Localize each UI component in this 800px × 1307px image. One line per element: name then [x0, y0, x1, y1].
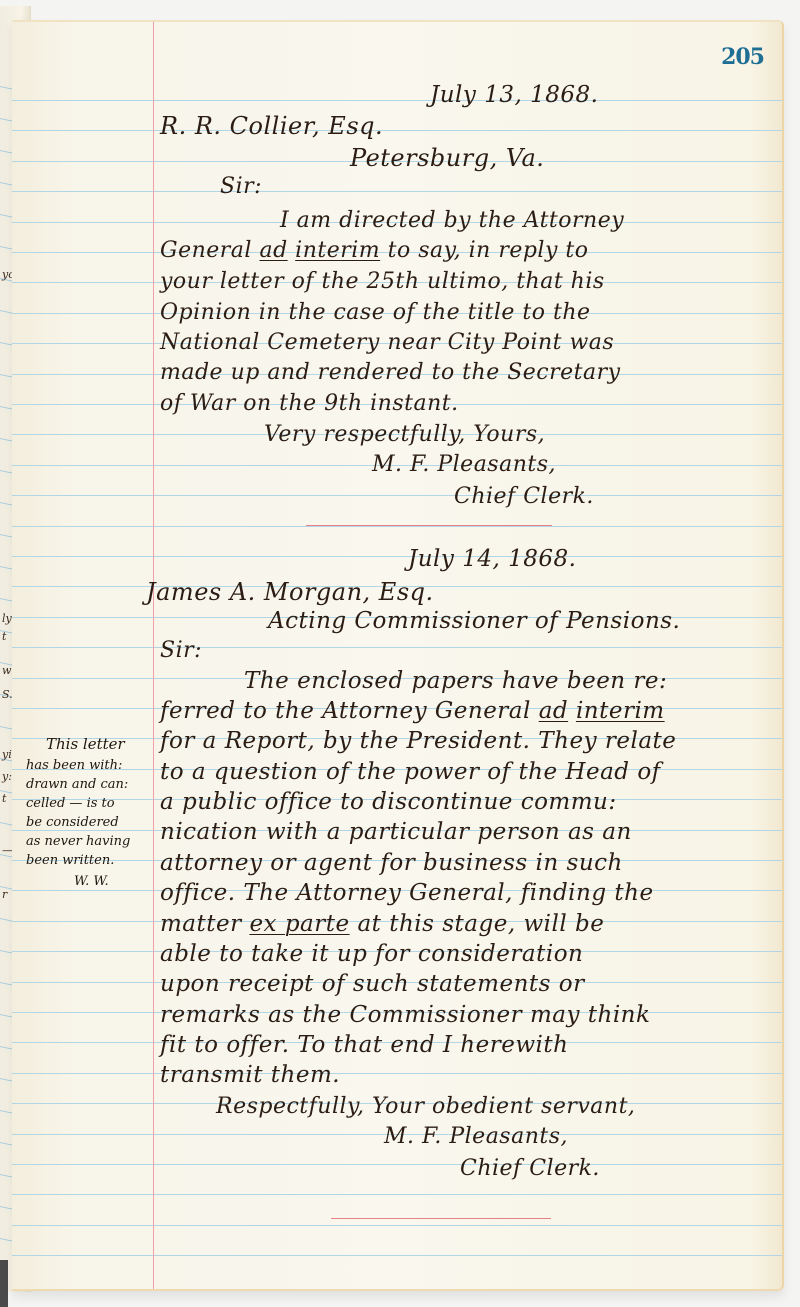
- letter-2-date: July 14, 1868.: [408, 546, 576, 572]
- margin-note-line: has been with:: [26, 758, 122, 773]
- ruled-line: [12, 191, 782, 192]
- ruled-line: [12, 130, 782, 131]
- latin-interim: interim: [295, 238, 380, 263]
- letter-2-body-line: transmit them.: [160, 1062, 340, 1088]
- ruled-line: [12, 526, 782, 527]
- red-margin-line: [153, 22, 154, 1289]
- letter-divider: [306, 525, 552, 526]
- ruled-line: [12, 1225, 782, 1226]
- ruled-line: [12, 495, 782, 496]
- page-number: 205: [721, 44, 764, 70]
- letter-2-signer-title: Chief Clerk.: [460, 1156, 600, 1181]
- letter-divider: [331, 1218, 551, 1219]
- prev-page-fragment: t: [2, 630, 6, 643]
- letter-2-body-line: matter ex parte at this stage, will be: [160, 911, 604, 937]
- latin-ex-parte: ex parte: [249, 911, 349, 937]
- letter-2-body-line: a public office to discontinue commu:: [160, 789, 617, 815]
- prev-page-fragment: ly: [2, 612, 12, 625]
- ruled-line: [12, 100, 782, 101]
- letter-2-body-line: The enclosed papers have been re:: [244, 668, 667, 694]
- margin-note-initials: W. W.: [74, 874, 109, 889]
- ruled-line: [12, 1194, 782, 1195]
- letter-2-body-line: office. The Attorney General, finding th…: [160, 880, 654, 906]
- letter-2-body-line: to a question of the power of the Head o…: [160, 759, 661, 785]
- prev-page-fragment: t: [2, 792, 6, 805]
- margin-note-line: as never having: [26, 834, 130, 849]
- margin-note-line: This letter: [46, 735, 125, 753]
- letter-1-body-line: your letter of the 25th ultimo, that his: [160, 269, 605, 294]
- letter-2-body-line: attorney or agent for business in such: [160, 850, 623, 876]
- letter-1-location: Petersburg, Va.: [350, 144, 544, 172]
- margin-note-line: be considered: [26, 815, 119, 830]
- prev-page-fragment: r: [2, 888, 7, 901]
- letter-1-body-line: Opinion in the case of the title to the: [160, 300, 591, 325]
- letter-1-date: July 13, 1868.: [430, 82, 598, 108]
- letter-1-body-line: made up and rendered to the Secretary: [160, 360, 621, 385]
- margin-note-line: been written.: [26, 853, 114, 868]
- letter-2-body-line: remarks as the Commissioner may think: [160, 1002, 650, 1028]
- ruled-line: [12, 1255, 782, 1256]
- letter-1-body-line: I am directed by the Attorney: [280, 208, 624, 233]
- letter-1-addressee: R. R. Collier, Esq.: [160, 112, 383, 140]
- latin-interim: interim: [576, 698, 665, 724]
- letter-2-closing: Respectfully, Your obedient servant,: [216, 1094, 635, 1119]
- letter-1-body-line: of War on the 9th instant.: [160, 391, 459, 416]
- letter-1-signer-title: Chief Clerk.: [454, 484, 594, 509]
- letter-2-body-line: for a Report, by the President. They rel…: [160, 728, 676, 754]
- letter-2-salutation: Sir:: [160, 638, 202, 663]
- copybook-page: 205 July 13, 1868. R. R. Collier, Esq. P…: [12, 20, 784, 1291]
- letter-1-salutation: Sir:: [220, 174, 262, 199]
- letter-2-body-line: nication with a particular person as an: [160, 819, 632, 845]
- letter-1-closing: Very respectfully, Yours,: [264, 422, 545, 447]
- letter-1-body-line: National Cemetery near City Point was: [160, 330, 614, 355]
- letter-2-addressee-title: Acting Commissioner of Pensions.: [268, 608, 680, 634]
- ruled-line: [12, 1164, 782, 1165]
- letter-2-signature: M. F. Pleasants,: [384, 1124, 568, 1149]
- book-spine-shadow: [0, 1260, 8, 1307]
- ruled-line: [12, 1073, 782, 1074]
- latin-ad: ad: [539, 698, 568, 724]
- letter-1-signature: M. F. Pleasants,: [372, 452, 556, 477]
- ruled-line: [12, 647, 782, 648]
- letter-2-body-line: able to take it up for consideration: [160, 941, 583, 967]
- letter-2-addressee: James A. Morgan, Esq.: [146, 578, 434, 606]
- letter-1-body-line: General ad interim to say, in reply to: [160, 238, 588, 263]
- margin-note-line: celled — is to: [26, 796, 115, 811]
- prev-page-fragment: y:: [2, 770, 12, 783]
- letter-2-body-line: fit to offer. To that end I herewith: [160, 1032, 568, 1058]
- margin-note-line: drawn and can:: [26, 777, 128, 792]
- letter-2-body-line: upon receipt of such statements or: [160, 971, 585, 997]
- latin-ad: ad: [259, 238, 287, 263]
- letter-2-body-line: ferred to the Attorney General ad interi…: [160, 698, 665, 724]
- ruled-line: [12, 556, 782, 557]
